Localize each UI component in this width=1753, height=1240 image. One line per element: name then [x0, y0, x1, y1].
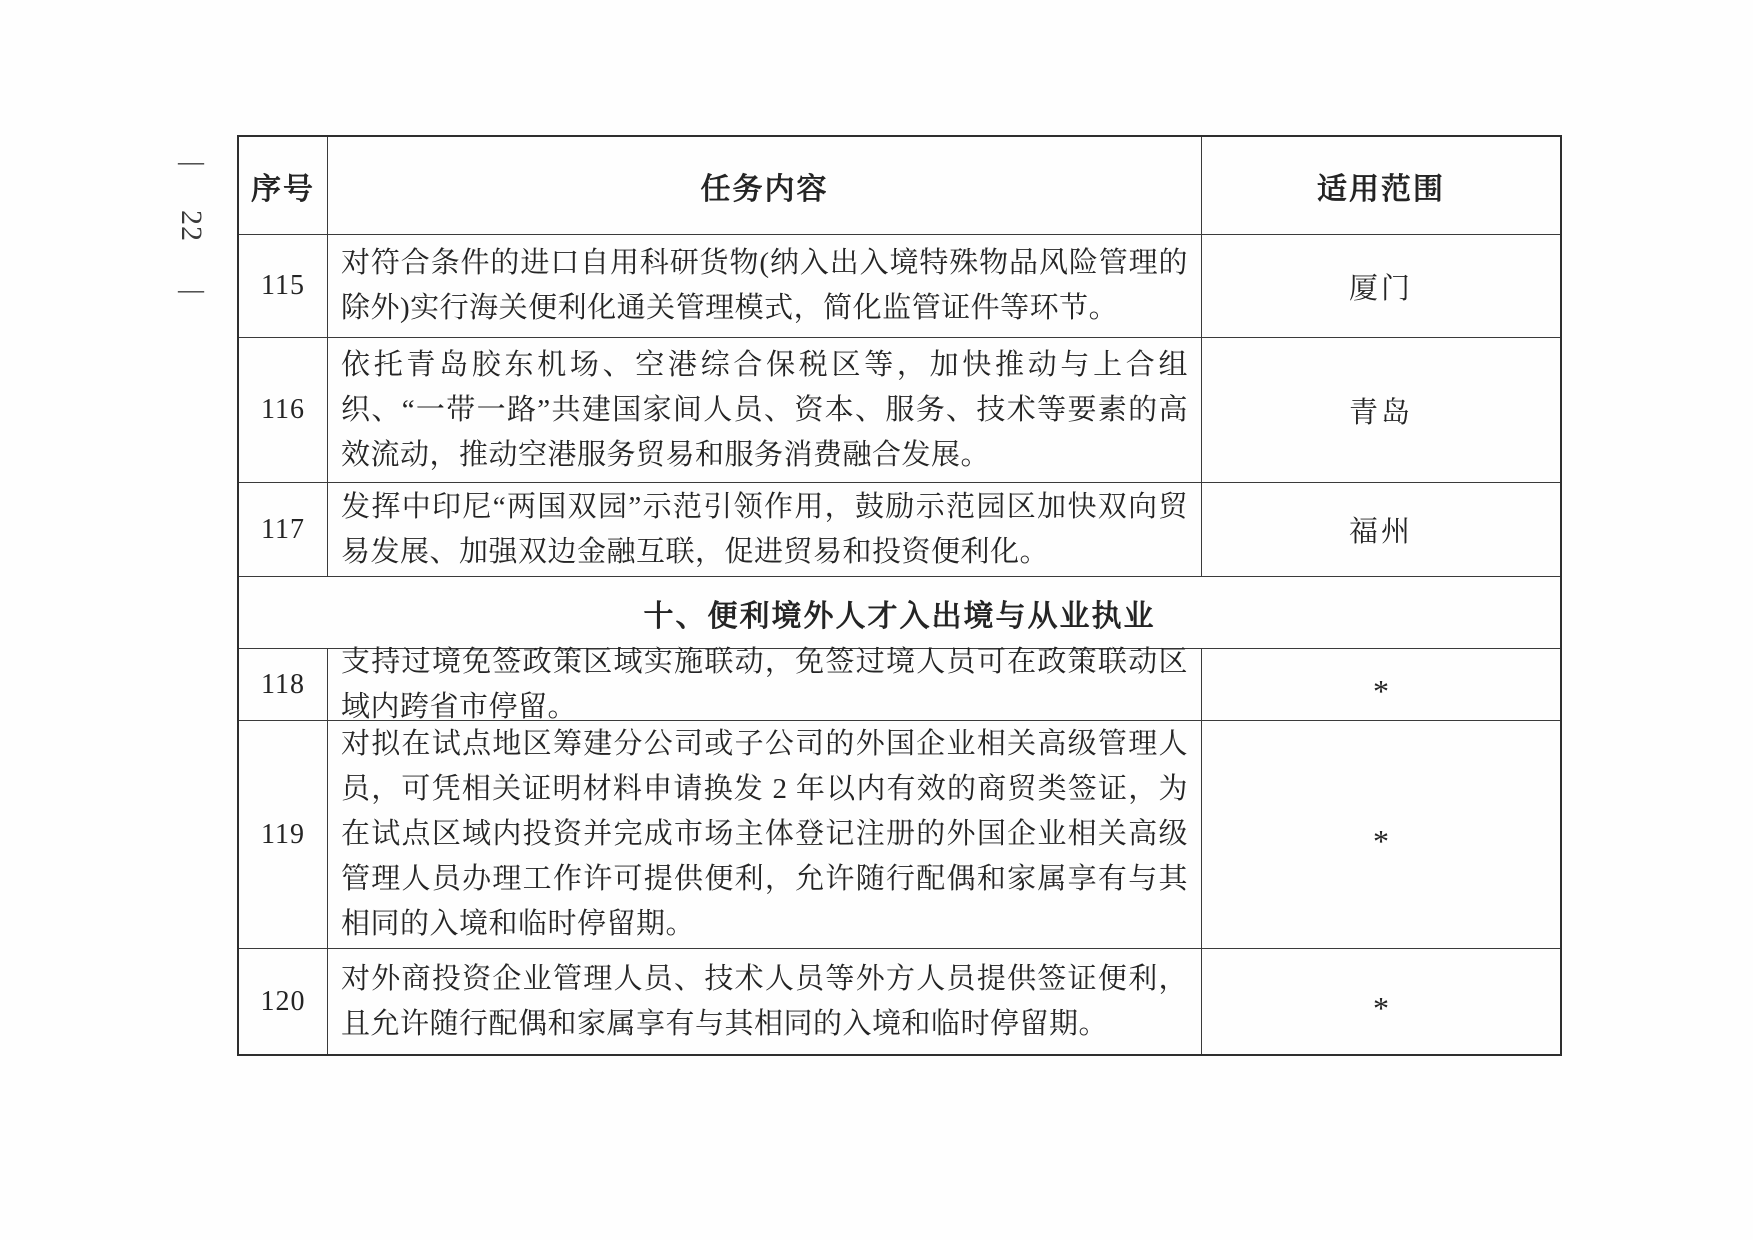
- row-115-scope: 厦门: [1349, 266, 1413, 307]
- table-header-row: 序号 任务内容 适用范围: [239, 137, 1560, 234]
- row-115-index: 115: [261, 270, 305, 302]
- row-119-index: 119: [261, 819, 305, 851]
- row-118-index: 118: [261, 669, 305, 701]
- page-number: — 22 —: [168, 152, 214, 300]
- table-row-115: 115 对符合条件的进口自用科研货物(纳入出入境特殊物品风险管理的除外)实行海关…: [239, 234, 1560, 337]
- row-119-scope: *: [1373, 823, 1389, 860]
- scanned-document-page: — 22 — 序号 任务内容 适用范围 115 对符合条件的进口自用科研货物(纳…: [0, 0, 1753, 1240]
- task-table: 序号 任务内容 适用范围 115 对符合条件的进口自用科研货物(纳入出入境特殊物…: [237, 135, 1562, 1056]
- row-118-scope: *: [1373, 673, 1389, 710]
- row-118-content: 支持过境免签政策区域实施联动，免签过境人员可在政策联动区域内跨省市停留。: [341, 640, 1188, 730]
- header-cell-scope: 适用范围: [1202, 137, 1560, 234]
- page-number-dash-top: —: [178, 152, 204, 172]
- section-header-row: 十、便利境外人才入出境与从业执业: [239, 576, 1560, 648]
- row-117-index: 117: [261, 514, 305, 546]
- table-row-117: 117 发挥中印尼“两国双园”示范引领作用，鼓励示范园区加快双向贸易发展、加强双…: [239, 482, 1560, 576]
- page-number-value: 22: [174, 210, 208, 242]
- row-117-content: 发挥中印尼“两国双园”示范引领作用，鼓励示范园区加快双向贸易发展、加强双边金融互…: [341, 485, 1188, 575]
- row-115-content: 对符合条件的进口自用科研货物(纳入出入境特殊物品风险管理的除外)实行海关便利化通…: [341, 241, 1188, 331]
- row-116-index: 116: [261, 394, 305, 426]
- table-row-120: 120 对外商投资企业管理人员、技术人员等外方人员提供签证便利，且允许随行配偶和…: [239, 948, 1560, 1054]
- page-number-dash-bottom: —: [178, 280, 204, 300]
- header-cell-content: 任务内容: [327, 137, 1202, 234]
- row-120-scope: *: [1373, 990, 1389, 1027]
- header-cell-index: 序号: [239, 137, 327, 234]
- section-title: 十、便利境外人才入出境与从业执业: [239, 591, 1560, 635]
- row-120-index: 120: [261, 986, 306, 1018]
- row-117-scope: 福州: [1349, 509, 1413, 550]
- row-116-scope: 青岛: [1349, 390, 1413, 431]
- row-120-content: 对外商投资企业管理人员、技术人员等外方人员提供签证便利，且允许随行配偶和家属享有…: [341, 957, 1188, 1047]
- table-row-119: 119 对拟在试点地区筹建分公司或子公司的外国企业相关高级管理人员，可凭相关证明…: [239, 720, 1560, 948]
- row-116-content: 依托青岛胶东机场、空港综合保税区等，加快推动与上合组织、“一带一路”共建国家间人…: [341, 343, 1188, 478]
- table-row-116: 116 依托青岛胶东机场、空港综合保税区等，加快推动与上合组织、“一带一路”共建…: [239, 337, 1560, 482]
- table-row-118: 118 支持过境免签政策区域实施联动，免签过境人员可在政策联动区域内跨省市停留。…: [239, 648, 1560, 720]
- row-119-content: 对拟在试点地区筹建分公司或子公司的外国企业相关高级管理人员，可凭相关证明材料申请…: [341, 722, 1188, 947]
